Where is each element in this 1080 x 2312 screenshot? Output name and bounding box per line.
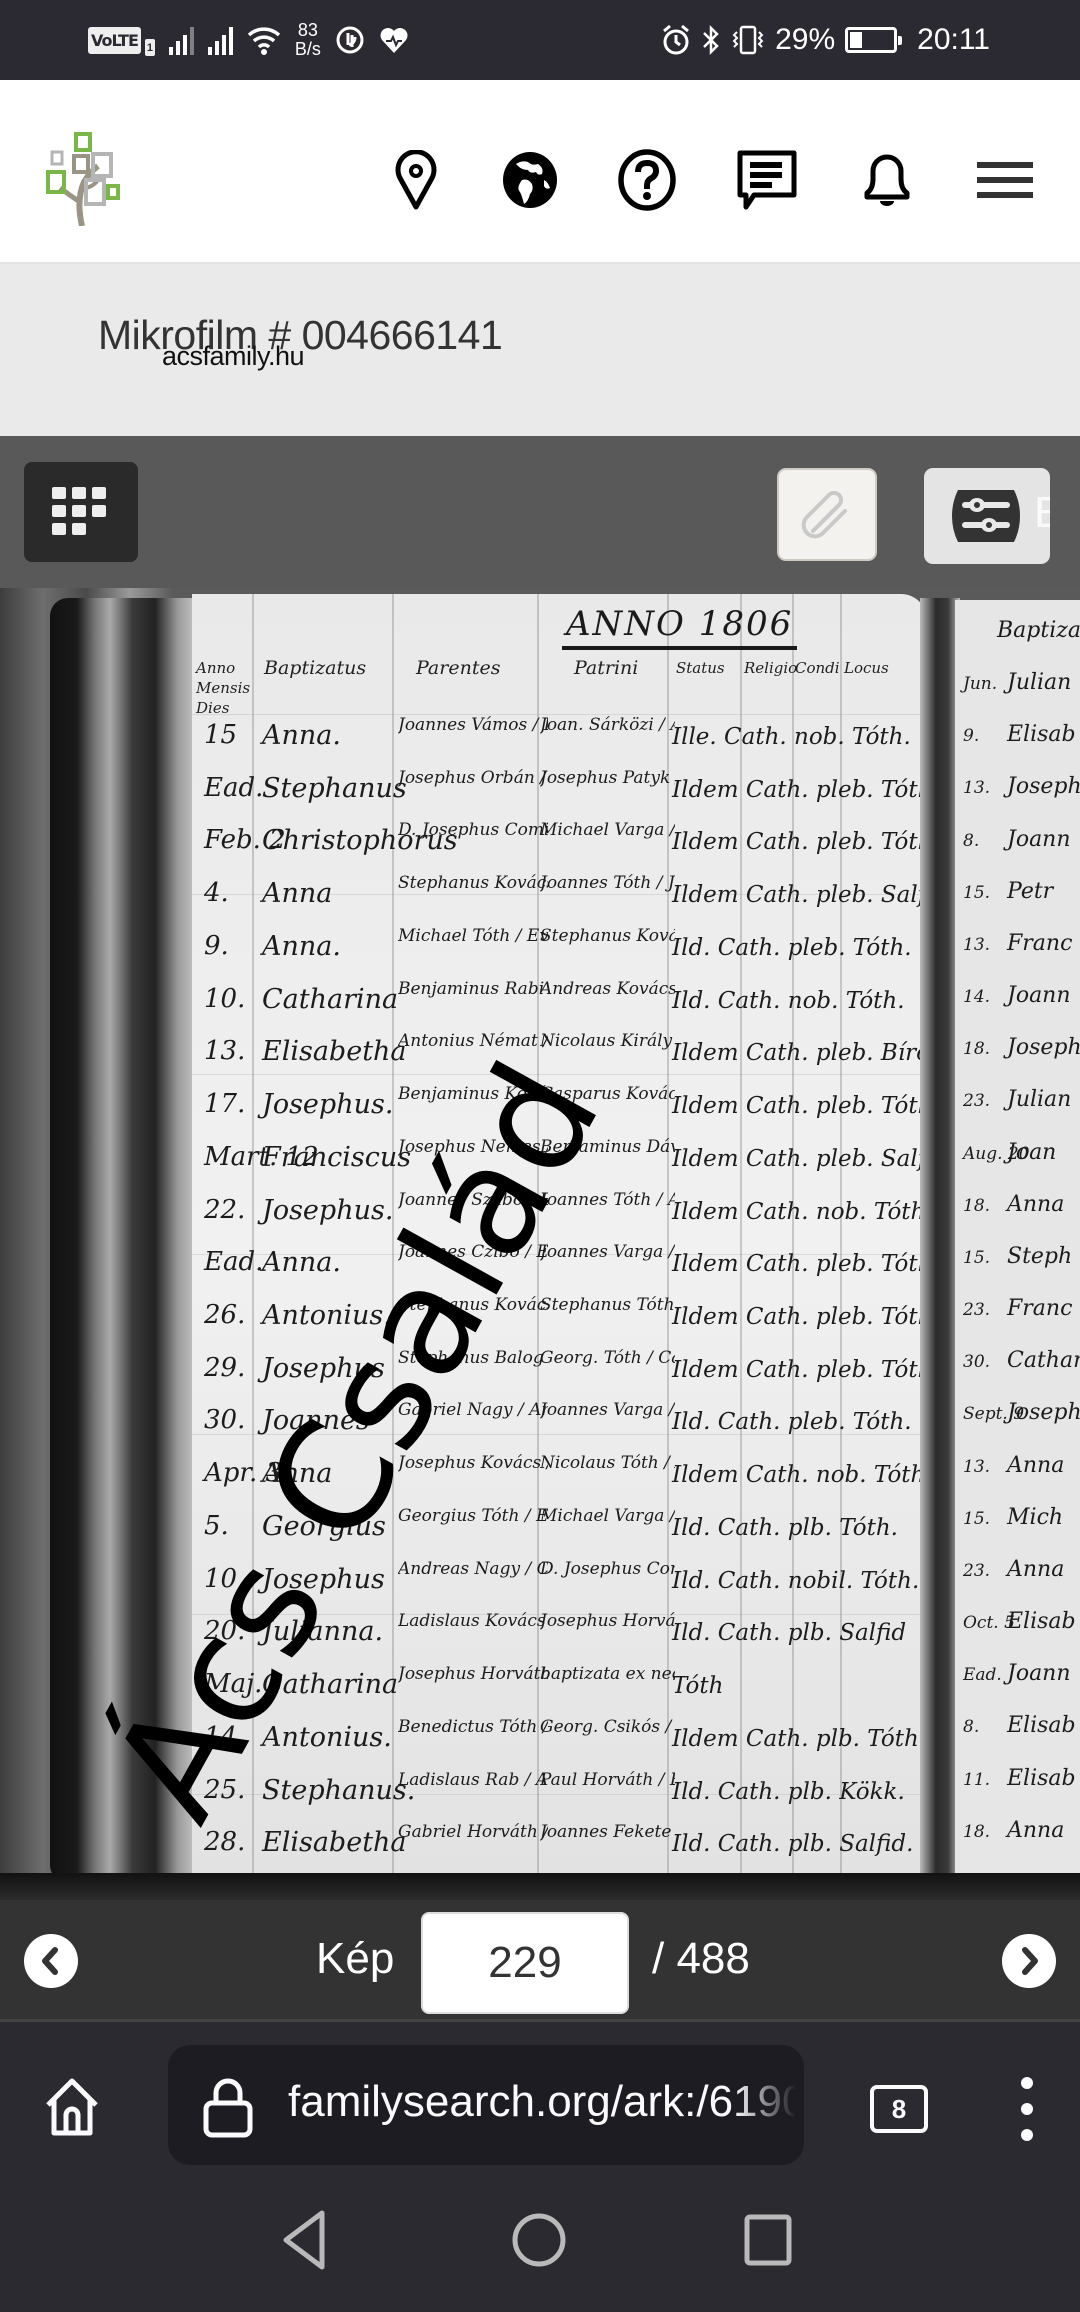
right-register-row: 13.Franc [963, 931, 1072, 956]
register-status: Ildem Cath. pleb. Salfi [672, 882, 927, 908]
right-register-row: 30.Cathar [963, 1348, 1080, 1373]
register-day: 18. [963, 1039, 1007, 1059]
messages-icon[interactable] [735, 148, 799, 212]
register-godparents: Nicolaus Tóth / Anna Kovács [540, 1452, 675, 1474]
register-status: Ild. Cath. plb. Kökk. [672, 1779, 905, 1805]
register-day: 15. [963, 1509, 1007, 1529]
register-day: 17. [204, 1089, 245, 1119]
register-row: Ead.StephanusJosephus Orbán / Susanna Sz… [192, 767, 927, 827]
right-register-row: 15.Mich [963, 1505, 1063, 1530]
register-parents: Ladislaus Kovács / Catharina Horváth [398, 1610, 548, 1632]
register-name: Joann [1007, 827, 1071, 852]
paperclip-icon [801, 491, 853, 539]
right-register-row: Ead.Joann [963, 1661, 1071, 1686]
register-godparents: Josephus Horváth / Anna Nagy [540, 1610, 675, 1632]
microfilm-image[interactable]: ANNO 1806 Anno Mensis Dies Baptizatus Pa… [0, 588, 1080, 1900]
hamburger-menu-icon[interactable] [973, 148, 1037, 212]
register-name: Elisab [1007, 722, 1076, 747]
register-status: Ildem Cath. pleb. Salfid [672, 1146, 927, 1172]
health-heart-icon [379, 26, 409, 54]
register-day: 11. [963, 1770, 1007, 1790]
right-register-row: 14.Joann [963, 983, 1071, 1008]
register-name: Franc [1007, 931, 1072, 956]
right-register-row: 15.Steph [963, 1244, 1072, 1269]
status-left: VoLTE 1 83B/s [88, 18, 409, 62]
register-day: Jun. [963, 674, 1007, 694]
globe-icon[interactable] [498, 148, 562, 212]
battery-icon [845, 27, 897, 53]
right-register-row: 23.Franc [963, 1296, 1072, 1321]
register-name: Stephanus [262, 773, 407, 804]
register-day: Ead. [204, 1247, 263, 1277]
register-name: Anna [1007, 1453, 1064, 1478]
register-name: Josephus. [262, 1195, 393, 1226]
register-name: Anna [1007, 1192, 1064, 1217]
register-name: Franc [1007, 1296, 1072, 1321]
register-status: Ildem Cath. pleb. Tóth. [672, 1093, 927, 1119]
register-row: 14.Antonius.Benedictus Tóth / Catharina … [192, 1716, 927, 1776]
register-name: Julian [1007, 670, 1071, 695]
register-parents: Antonius Némat / Catharina Varga [398, 1030, 548, 1052]
register-name: Joseph [1007, 1400, 1080, 1425]
register-day: 13. [963, 1457, 1007, 1477]
sim-slot-indicator: 1 [145, 39, 155, 56]
register-godparents: Joannes Varga / Anna Szabó [540, 1399, 675, 1421]
register-status: Ildem Cath. pleb. Tóth. [672, 829, 927, 855]
register-parents: Gabriel Horváth / Juliana Retan [398, 1821, 548, 1843]
register-parents: Joannes Vámos / Elisab. Simon [398, 714, 548, 736]
register-parents: Benjaminus Rabi / Julianna Budai [398, 978, 548, 1000]
register-row: 4.AnnaStephanus Kovács / Elisab. RigókJo… [192, 872, 927, 932]
right-register-row: 9.Elisab [963, 722, 1076, 747]
right-register-row: 18.Anna [963, 1192, 1064, 1217]
register-status: Ildem Cath. plb. Tóth. [672, 1726, 926, 1752]
register-name: Steph [1007, 1244, 1072, 1269]
column-header: Baptizatus [264, 658, 366, 678]
register-day: 13. [963, 778, 1007, 798]
register-status: Ildem Cath. nob. Tóth. [672, 1199, 927, 1225]
right-register-row: 18.Joseph [963, 1035, 1080, 1060]
register-status: Ild. Cath. nob. Tóth. [672, 988, 905, 1014]
column-header: Anno Mensis Dies [196, 658, 252, 718]
status-right: 29% 20:11 [661, 18, 990, 62]
register-day: 13. [963, 935, 1007, 955]
register-name: Elisab [1007, 1609, 1076, 1634]
microfilm-title-band: Mikrofilm # 004666141 acsfamily.hu [0, 264, 1080, 436]
register-day: 30. [963, 1352, 1007, 1372]
register-day: 29. [204, 1353, 245, 1383]
register-godparents: Stephanus Kovács / Catharina Tóth [540, 925, 675, 947]
right-page-header: Baptizat [997, 618, 1080, 643]
register-name: Joann [1007, 1661, 1071, 1686]
register-status: Ild. Cath. plb. Salfid [672, 1620, 906, 1646]
right-register-row: 15.Petr [963, 879, 1053, 904]
right-register-row: 23.Julian [963, 1087, 1071, 1112]
register-name: Anna. [262, 931, 341, 962]
register-parents: Josephus Orbán / Susanna Szabó [398, 767, 548, 789]
image-pager: Kép / 488 [0, 1900, 1080, 2022]
right-register-row: 13.Joseph [963, 774, 1080, 799]
register-name: Petr [1007, 879, 1053, 904]
vibrate-icon [731, 24, 765, 56]
register-status: Ild. Cath. plb. Salfid. [672, 1831, 913, 1857]
status-bar: VoLTE 1 83B/s 29% 20:11 [0, 0, 1080, 80]
previous-image-button[interactable] [24, 1934, 78, 1988]
column-header: Locus [844, 658, 889, 678]
right-register-row: 11.Elisab [963, 1766, 1076, 1791]
register-parents: Stephanus Kovács / Elisab. Rigók [398, 872, 548, 894]
register-name: Catharina [262, 984, 398, 1015]
register-name: Anna [1007, 1818, 1064, 1843]
register-name: Josephus. [262, 1089, 393, 1120]
register-day: 18. [963, 1822, 1007, 1842]
register-godparents: Stephanus Tóth / Catharina Tóth [540, 1294, 675, 1316]
register-day: 18. [963, 1196, 1007, 1216]
register-name: Mich [1007, 1505, 1063, 1530]
register-day: 4. [204, 878, 229, 908]
register-day: 15. [963, 883, 1007, 903]
column-header: Status [676, 658, 725, 678]
image-adjust-label: E [1034, 488, 1050, 538]
register-status: Ild. Cath. nobil. Tóth. [672, 1568, 919, 1594]
register-day: 26. [204, 1300, 245, 1330]
register-name: Franciscus [262, 1142, 411, 1173]
register-day: 15 [204, 720, 237, 750]
battery-percent: 29% [775, 23, 835, 57]
register-name: Elisabetha [262, 1827, 407, 1858]
recents-icon[interactable] [733, 2205, 803, 2275]
volte-indicator: VoLTE [88, 27, 141, 54]
gallery-grid-button[interactable] [24, 462, 138, 562]
home-icon[interactable] [40, 2075, 104, 2139]
home-circle-icon[interactable] [504, 2205, 574, 2275]
register-godparents: Joannes Tóth / Judith Lász [540, 872, 675, 894]
register-godparents: Andreas Kovács / Julianna Tóth [540, 978, 675, 1000]
data-saver-icon [335, 25, 365, 55]
register-day: 23. [963, 1300, 1007, 1320]
register-day: 23. [963, 1561, 1007, 1581]
app-header [0, 80, 1080, 264]
register-parents: Benedictus Tóth / Catharina Cok [398, 1716, 548, 1738]
register-godparents: Georg. Csikós / Catharina Kovács [540, 1716, 675, 1738]
grid-icon [52, 487, 110, 537]
column-header: Condicio [795, 658, 840, 678]
signal-strength-icon [169, 25, 194, 55]
register-name: Joann [1007, 983, 1071, 1008]
book-gutter [920, 598, 960, 1888]
chevron-right-icon [1014, 1946, 1044, 1976]
register-name: Anna [262, 878, 332, 909]
bluetooth-icon [701, 24, 721, 56]
register-day: 8. [963, 831, 1007, 851]
chevron-left-icon [36, 1946, 66, 1976]
column-header: Patrini [574, 658, 638, 678]
register-status: Tóth [672, 1673, 723, 1699]
system-navigation-bar [0, 2175, 1080, 2312]
register-parents: Andreas Nagy / Catharina Szabó [398, 1558, 548, 1580]
wifi-icon [247, 25, 281, 55]
register-godparents: Joannes Fekete / Anna Bíró [540, 1821, 675, 1843]
register-row: 25.Stephanus.Ladislaus Rab / Anna TóthPa… [192, 1769, 927, 1829]
register-name: Anna. [262, 720, 341, 751]
register-name: Joseph [1007, 774, 1080, 799]
register-day: Ead. [204, 773, 263, 803]
register-row: Feb. 2ChristophorusD. Josephus Comi / D.… [192, 819, 927, 879]
register-day: 15. [963, 1248, 1007, 1268]
right-register-row: 13.Anna [963, 1453, 1064, 1478]
register-parents: Josephus Horváth / Anna Tóth [398, 1663, 548, 1685]
attach-source-button[interactable] [777, 468, 877, 561]
header-nav [0, 148, 1080, 212]
register-row: 15Anna.Joannes Vámos / Elisab. SimonJoan… [192, 714, 927, 774]
right-register-row: 23.Anna [963, 1557, 1064, 1582]
register-day: 9. [963, 726, 1007, 746]
clock: 20:11 [917, 23, 990, 57]
register-godparents: Michael Varga / Anna Kovács [540, 1505, 675, 1527]
register-name: Julian [1007, 1087, 1071, 1112]
network-speed: 83B/s [295, 21, 321, 59]
register-godparents: baptizata ex necessitate [540, 1663, 675, 1685]
register-day: 30. [204, 1405, 245, 1435]
register-name: Elisabetha [262, 1036, 407, 1067]
register-page-right: Baptizat Jun.Julian9.Elisab13.Joseph8.Jo… [955, 600, 1080, 1882]
help-icon[interactable] [615, 148, 679, 212]
image-viewer[interactable]: E ANNO 1806 Anno Mensis Dies Baptizatus … [0, 436, 1080, 1900]
register-parents: D. Josephus Comi / D. Theresia Horváth [398, 819, 548, 841]
register-name: Joan [1007, 1140, 1056, 1165]
site-watermark: acsfamily.hu [162, 341, 304, 372]
register-status: Ild. Cath. pleb. Tóth. [672, 1409, 912, 1435]
right-register-row: 8.Joann [963, 827, 1071, 852]
register-name: Anna. [262, 1247, 341, 1278]
register-parents: Georgius Tóth / Eva Szabó [398, 1505, 548, 1527]
register-status: Ildem Cath. pleb. Tóth [672, 1304, 927, 1330]
register-day: 14. [963, 987, 1007, 1007]
register-status: Ildem Cath. pleb. Bírod [672, 1040, 927, 1066]
browser-menu-button[interactable] [1012, 2077, 1042, 2141]
register-name: Anna [1007, 1557, 1064, 1582]
register-day: 23. [963, 1091, 1007, 1111]
address-bar[interactable]: familysearch.org/ark:/61903 [168, 2045, 804, 2165]
url-text[interactable]: familysearch.org/ark:/61903 [288, 2077, 796, 2127]
register-godparents: Nicolaus Király / Elisab. Kovács [540, 1030, 675, 1052]
register-name: Joseph [1007, 1035, 1080, 1060]
register-day: Sept. 9 [963, 1404, 1007, 1424]
tab-switcher-button[interactable]: 8 [870, 2085, 928, 2133]
register-godparents: D. Josephus Comi / Anna Nagy [540, 1558, 675, 1580]
sliders-icon [952, 488, 1020, 544]
column-header: Parentes [416, 658, 500, 678]
register-status: Ild. Cath. pleb. Tóth. [672, 935, 912, 961]
register-status: Ildem Cath. pleb. Tóth. [672, 777, 927, 803]
register-godparents: Josephus Patyk / Elisab. Vargha [540, 767, 675, 789]
register-row: 10.CatharinaBenjaminus Rabi / Julianna B… [192, 978, 927, 1038]
image-label: Kép [316, 1934, 394, 1984]
browser-toolbar: familysearch.org/ark:/61903 8 [0, 2025, 1080, 2175]
register-day: 10. [204, 984, 245, 1014]
register-row: 9.Anna.Michael Tóth / Eva KabiStephanus … [192, 925, 927, 985]
image-number-input[interactable] [421, 1912, 629, 2014]
register-day: Aug. 20 [963, 1144, 1007, 1164]
right-register-row: Jun.Julian [963, 670, 1071, 695]
register-day: 22. [204, 1195, 245, 1225]
register-day: 8. [963, 1717, 1007, 1737]
right-register-row: Aug. 20Joan [963, 1140, 1056, 1165]
right-register-row: Oct. 5Elisab [963, 1609, 1076, 1634]
viewer-toolbar: E [0, 436, 1080, 588]
register-parents: Michael Tóth / Eva Kabi [398, 925, 548, 947]
register-day: Ead. [963, 1665, 1007, 1685]
image-adjust-button[interactable]: E [924, 468, 1050, 564]
column-header: Religio [744, 658, 797, 678]
register-day: 13. [204, 1036, 245, 1066]
page-heading: ANNO 1806 [562, 604, 797, 650]
image-total: / 488 [652, 1934, 750, 1984]
alarm-icon [661, 24, 691, 56]
book-bottom-edge [0, 1873, 1080, 1900]
register-status: Ille. Cath. nob. Tóth. [672, 724, 911, 750]
register-status: Ildem Cath. nob. Tóth. [672, 1462, 927, 1488]
right-register-row: 18.Anna [963, 1818, 1064, 1843]
register-parents: Ladislaus Rab / Anna Tóth [398, 1769, 548, 1791]
register-status: Ildem Cath. pleb. Tóth. [672, 1251, 927, 1277]
register-status: Ild. Cath. plb. Tóth. [672, 1515, 898, 1541]
next-image-button[interactable] [1002, 1934, 1056, 1988]
register-name: Elisab [1007, 1713, 1076, 1738]
register-name: Stephanus. [262, 1775, 415, 1806]
register-name: Cathar [1007, 1348, 1080, 1373]
register-status: Ildem Cath. pleb. Tóth. [672, 1357, 927, 1383]
register-day: 9. [204, 931, 229, 961]
register-day: Oct. 5 [963, 1613, 1007, 1633]
register-godparents: Joan. Sárközi / Anna Nagy [540, 714, 675, 736]
register-row: 26.Antonius.Stephanus Kovács / Elisab. E… [192, 1294, 927, 1354]
register-godparents: Paul Horváth / Eva Simon [540, 1769, 675, 1791]
right-register-row: 8.Elisab [963, 1713, 1076, 1738]
right-register-row: Sept. 9Joseph [963, 1400, 1080, 1425]
location-pin-icon[interactable] [384, 148, 448, 212]
register-godparents: Michael Varga / Elisabetha Horváth [540, 819, 675, 841]
register-name: Elisab [1007, 1766, 1076, 1791]
signal-strength-2-icon [208, 25, 233, 55]
lock-icon[interactable] [202, 2075, 254, 2139]
back-icon[interactable] [272, 2205, 342, 2275]
notifications-bell-icon[interactable] [855, 148, 919, 212]
register-godparents: Georg. Tóth / Catharina Tóth [540, 1347, 675, 1369]
